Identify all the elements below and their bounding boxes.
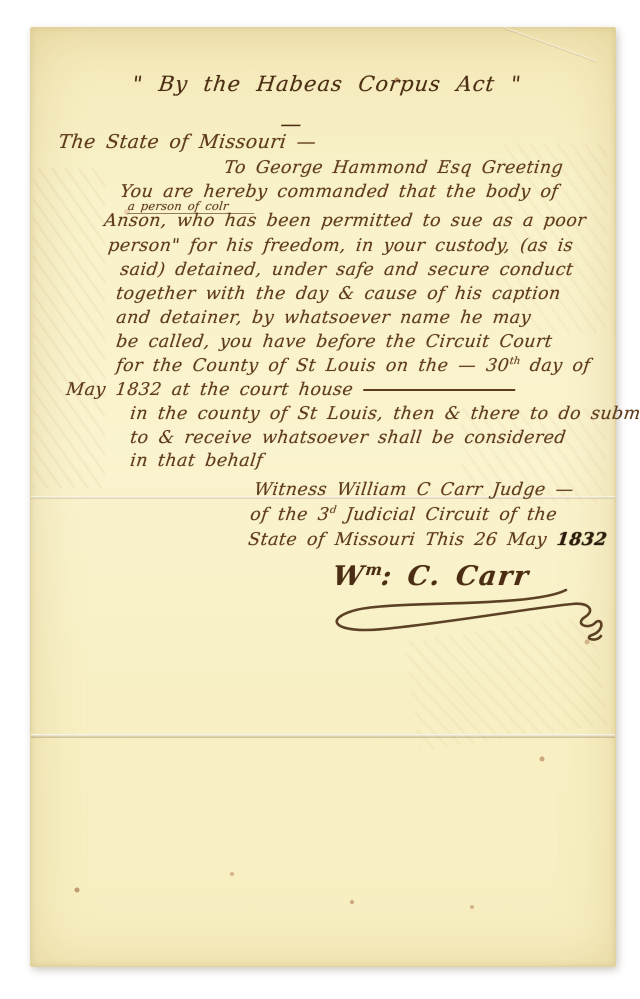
- body-line-anson: Anson, who has been permitted to sue as …: [103, 211, 587, 231]
- blank-fill-rule: [363, 389, 515, 391]
- witness-line-2-tail: Judicial Circuit of the: [335, 505, 559, 525]
- witness-line-3-text: State of Missouri This 26 May: [247, 530, 558, 550]
- may-courthouse-text: May 1832 at the court house: [65, 380, 354, 400]
- header-title: " By the Habeas Corpus Act ": [131, 72, 523, 96]
- signature-initial: W: [331, 561, 367, 592]
- signature-flourish: [326, 584, 618, 662]
- body-line-receive: to & receive whatsoever shall be conside…: [129, 428, 567, 448]
- ink-bleed-left-margin: [33, 168, 105, 488]
- overwritten-year: 1832: [556, 530, 609, 550]
- body-line-circuit-court: be called, you have before the Circuit C…: [115, 332, 553, 352]
- salutation-line: To George Hammond Esq Greeting: [223, 158, 564, 178]
- body-line-county-date: for the County of St Louis on the — 30th…: [115, 356, 592, 376]
- body-line-detainer: and detainer, by whatsoever name he may: [115, 308, 532, 328]
- county-date-text: for the County of St Louis on the — 30: [115, 356, 510, 376]
- state-caption-line: The State of Missouri —: [57, 132, 317, 154]
- body-line-detained: said) detained, under safe and secure co…: [119, 260, 575, 280]
- witness-line-2: of the 3d Judicial Circuit of the: [249, 505, 558, 525]
- body-line-submit: in the county of St Louis, then & there …: [129, 404, 640, 424]
- signature-surname: : C. Carr: [379, 561, 531, 592]
- judge-signature: Wm: C. Carr: [331, 561, 531, 592]
- scanned-page: { "colors": { "background": "#ffffff", "…: [0, 0, 640, 999]
- manuscript-paper: " By the Habeas Corpus Act " — The State…: [30, 27, 616, 967]
- corner-crease: [504, 27, 599, 63]
- witness-line-3: State of Missouri This 26 May 1832: [247, 530, 608, 550]
- body-line-may-courthouse: May 1832 at the court house: [65, 380, 516, 400]
- body-line-freedom: person" for his freedom, in your custody…: [107, 236, 574, 256]
- fold-crease-lower: [31, 734, 615, 738]
- ink-bleed-right-lower: [404, 615, 607, 750]
- county-date-tail: day of: [519, 356, 592, 376]
- witness-line-2-text: of the 3: [249, 505, 331, 525]
- body-line-caption: together with the day & cause of his cap…: [115, 284, 562, 304]
- witness-line-1: Witness William C Carr Judge —: [253, 480, 575, 500]
- body-line-behalf: in that behalf: [129, 451, 264, 471]
- foxing-spots: [31, 28, 33, 30]
